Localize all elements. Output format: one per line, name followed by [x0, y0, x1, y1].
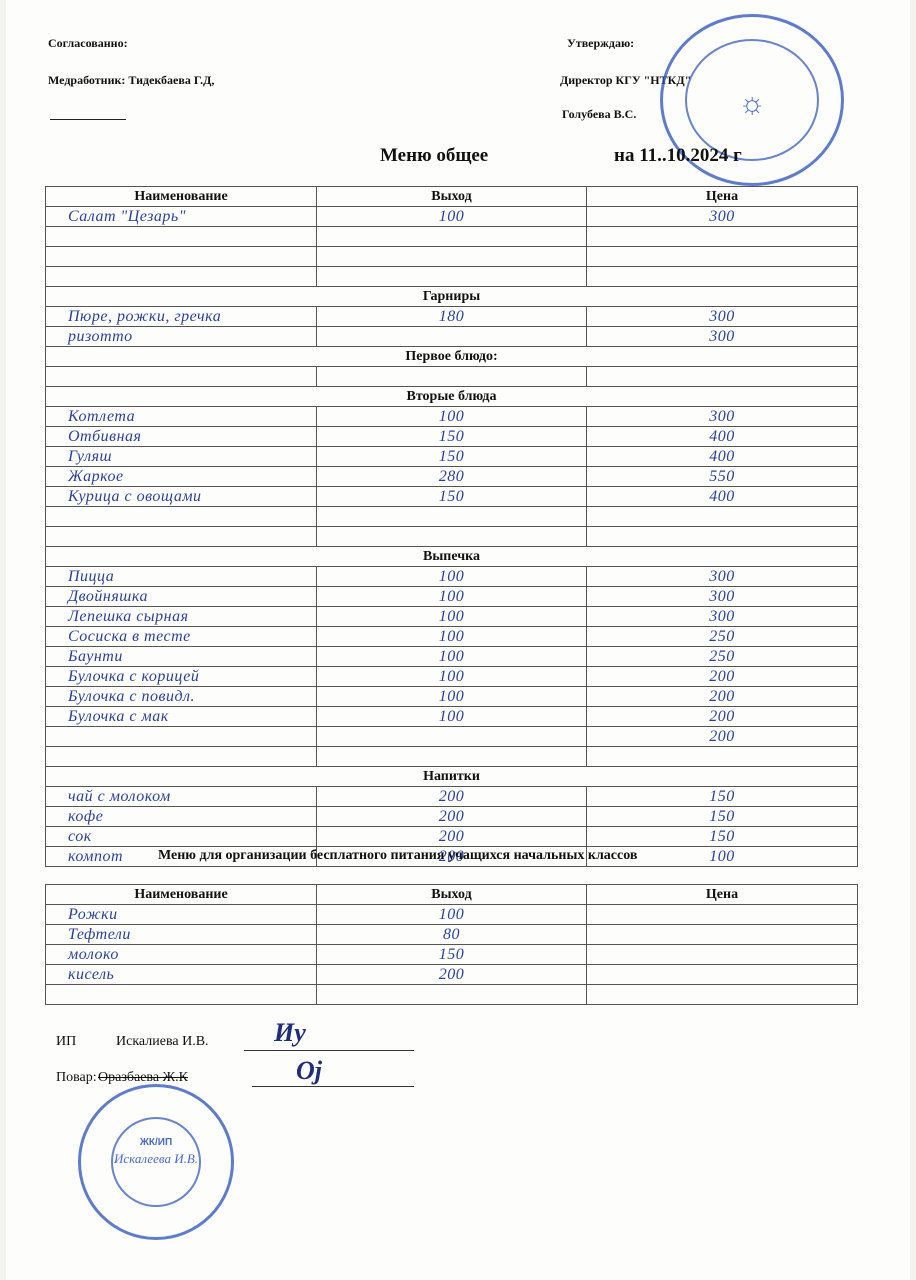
table-row [46, 267, 858, 287]
dish-price: 300 [587, 407, 858, 427]
dish-price [587, 945, 858, 965]
table-row [46, 747, 858, 767]
general-menu-table: Наименование Выход Цена Салат "Цезарь"10… [45, 186, 858, 867]
section-title: Вторые блюда [46, 387, 858, 407]
dish-name: Рожки [46, 905, 317, 925]
stamp-ip-name: Искалеева И.В. [81, 1151, 231, 1167]
dish-name: Булочка с повидл. [46, 687, 317, 707]
table-row: Салат "Цезарь"100300 [46, 207, 858, 227]
dish-price: 400 [587, 427, 858, 447]
cook-label: Повар: [56, 1070, 97, 1086]
dish-output: 150 [317, 945, 587, 965]
table-row: Пюре, рожки, гречка180300 [46, 307, 858, 327]
dish-name [46, 367, 317, 387]
dish-price: 250 [587, 627, 858, 647]
section-title: Напитки [46, 767, 858, 787]
dish-output: 80 [317, 925, 587, 945]
dish-name: Сосиска в тесте [46, 627, 317, 647]
dish-output: 100 [317, 567, 587, 587]
table-row: кофе200150 [46, 807, 858, 827]
column-header-price: Цена [587, 187, 858, 207]
dish-price: 200 [587, 707, 858, 727]
dish-price: 550 [587, 467, 858, 487]
table-row: Булочка с мак100200 [46, 707, 858, 727]
section-header-row: Гарниры [46, 287, 858, 307]
table-row: кисель200 [46, 965, 858, 985]
dish-price [587, 247, 858, 267]
dish-name: ризотто [46, 327, 317, 347]
dish-name [46, 527, 317, 547]
dish-price: 300 [587, 587, 858, 607]
section-header-row: Выпечка [46, 547, 858, 567]
dish-name: сок [46, 827, 317, 847]
dish-price: 300 [587, 567, 858, 587]
dish-name: кофе [46, 807, 317, 827]
ip-signature-line [244, 1050, 414, 1051]
dish-price: 200 [587, 687, 858, 707]
section-title: Первое блюдо: [46, 347, 858, 367]
approve-label: Утверждаю: [567, 36, 634, 51]
dish-output [317, 527, 587, 547]
table-row: сок200150 [46, 827, 858, 847]
table-row: Булочка с корицей100200 [46, 667, 858, 687]
dish-output: 200 [317, 827, 587, 847]
dish-name [46, 267, 317, 287]
dish-name: Тефтели [46, 925, 317, 945]
dish-output: 150 [317, 487, 587, 507]
dish-price: 300 [587, 307, 858, 327]
dish-output: 280 [317, 467, 587, 487]
cook-signature: Oj [296, 1056, 322, 1086]
stamp-ip-label: ЖК/ИП [81, 1137, 231, 1148]
dish-name: чай с молоком [46, 787, 317, 807]
dish-output [317, 507, 587, 527]
dish-name: Отбивная [46, 427, 317, 447]
dish-output [317, 327, 587, 347]
table-row: Гуляш150400 [46, 447, 858, 467]
dish-price [587, 227, 858, 247]
dish-price: 150 [587, 827, 858, 847]
table-row [46, 367, 858, 387]
table-row: молоко150 [46, 945, 858, 965]
dish-output [317, 747, 587, 767]
dish-output: 100 [317, 647, 587, 667]
dish-name [46, 507, 317, 527]
table-row [46, 985, 858, 1005]
dish-output: 200 [317, 787, 587, 807]
dish-price: 400 [587, 487, 858, 507]
dish-output: 100 [317, 707, 587, 727]
dish-output: 100 [317, 667, 587, 687]
dish-price: 150 [587, 787, 858, 807]
table-row: 200 [46, 727, 858, 747]
table-header-row: Наименование Выход Цена [46, 885, 858, 905]
table-row [46, 507, 858, 527]
dish-price [587, 747, 858, 767]
dish-name: Двойняшка [46, 587, 317, 607]
column-header-output: Выход [317, 885, 587, 905]
dish-price [587, 905, 858, 925]
medic-line: Медработник: Тидекбаева Г.Д, [48, 73, 214, 88]
table-row [46, 527, 858, 547]
dish-name: Булочка с мак [46, 707, 317, 727]
table-row: Жаркое280550 [46, 467, 858, 487]
dish-name [46, 985, 317, 1005]
dish-output: 180 [317, 307, 587, 327]
dish-name [46, 247, 317, 267]
table-row: чай с молоком200150 [46, 787, 858, 807]
dish-price: 200 [587, 727, 858, 747]
medic-signature-line [50, 119, 126, 120]
table-row: Лепешка сырная100300 [46, 607, 858, 627]
section-title: Выпечка [46, 547, 858, 567]
ip-stamp-bottom: ЖК/ИП Искалеева И.В. [78, 1084, 234, 1240]
dish-name: кисель [46, 965, 317, 985]
dish-output [317, 985, 587, 1005]
table-row: Рожки100 [46, 905, 858, 925]
ip-label: ИП [56, 1034, 76, 1050]
section-header-row: Вторые блюда [46, 387, 858, 407]
dish-name [46, 227, 317, 247]
director-name: Голубева В.С. [562, 107, 636, 122]
dish-output: 150 [317, 447, 587, 467]
dish-output [317, 227, 587, 247]
dish-name: Жаркое [46, 467, 317, 487]
dish-name: Курица с овощами [46, 487, 317, 507]
section-header-row: Первое блюдо: [46, 347, 858, 367]
dish-name [46, 727, 317, 747]
dish-price: 250 [587, 647, 858, 667]
dish-price [587, 367, 858, 387]
table-row: Отбивная150400 [46, 427, 858, 447]
dish-output: 100 [317, 905, 587, 925]
table-row: Курица с овощами150400 [46, 487, 858, 507]
table-row [46, 227, 858, 247]
column-header-name: Наименование [46, 187, 317, 207]
dish-name: Баунти [46, 647, 317, 667]
dish-output: 100 [317, 587, 587, 607]
dish-name: молоко [46, 945, 317, 965]
table-row: Двойняшка100300 [46, 587, 858, 607]
dish-price: 300 [587, 327, 858, 347]
dish-output [317, 727, 587, 747]
table-row: Баунти100250 [46, 647, 858, 667]
column-header-output: Выход [317, 187, 587, 207]
dish-name: Пицца [46, 567, 317, 587]
dish-price [587, 985, 858, 1005]
table-row: ризотто300 [46, 327, 858, 347]
cook-signature-line [252, 1086, 414, 1087]
dish-output: 200 [317, 965, 587, 985]
column-header-price: Цена [587, 885, 858, 905]
dish-output [317, 267, 587, 287]
column-header-name: Наименование [46, 885, 317, 905]
table-row: Пицца100300 [46, 567, 858, 587]
table-row: Котлета100300 [46, 407, 858, 427]
dish-name: Булочка с корицей [46, 667, 317, 687]
dish-price: 150 [587, 807, 858, 827]
menu-date: на 11..10.2024 г [614, 145, 742, 167]
section-title: Гарниры [46, 287, 858, 307]
table-row: Тефтели80 [46, 925, 858, 945]
free-menu-title: Меню для организации бесплатного питания… [158, 848, 637, 864]
dish-price [587, 507, 858, 527]
dish-price: 200 [587, 667, 858, 687]
dish-name: Гуляш [46, 447, 317, 467]
dish-name [46, 747, 317, 767]
dish-name: Котлета [46, 407, 317, 427]
dish-name: Лепешка сырная [46, 607, 317, 627]
dish-output: 100 [317, 687, 587, 707]
dish-output: 150 [317, 427, 587, 447]
document-page: Согласованно: Медработник: Тидекбаева Г.… [6, 0, 910, 1280]
section-header-row: Напитки [46, 767, 858, 787]
page-title: Меню общее [380, 145, 488, 167]
dish-output: 100 [317, 627, 587, 647]
dish-price [587, 267, 858, 287]
dish-name: Салат "Цезарь" [46, 207, 317, 227]
dish-name: Пюре, рожки, гречка [46, 307, 317, 327]
dish-price [587, 527, 858, 547]
dish-price [587, 965, 858, 985]
dish-price: 300 [587, 607, 858, 627]
dish-price: 400 [587, 447, 858, 467]
dish-output: 100 [317, 207, 587, 227]
table-row: Булочка с повидл.100200 [46, 687, 858, 707]
dish-output [317, 247, 587, 267]
free-menu-table: Наименование Выход Цена Рожки100Тефтели8… [45, 884, 858, 1005]
dish-output: 100 [317, 407, 587, 427]
dish-output: 100 [317, 607, 587, 627]
ip-name: Искалиева И.В. [116, 1034, 209, 1050]
ip-signature: Иу [274, 1018, 306, 1048]
table-row [46, 247, 858, 267]
dish-output: 200 [317, 807, 587, 827]
dish-price: 300 [587, 207, 858, 227]
dish-output [317, 367, 587, 387]
dish-price [587, 925, 858, 945]
table-row: Сосиска в тесте100250 [46, 627, 858, 647]
cook-name: Оразбаева Ж.К [98, 1070, 188, 1086]
table-header-row: Наименование Выход Цена [46, 187, 858, 207]
emblem-icon: ☼ [663, 87, 841, 121]
agreed-label: Согласованно: [48, 36, 128, 51]
